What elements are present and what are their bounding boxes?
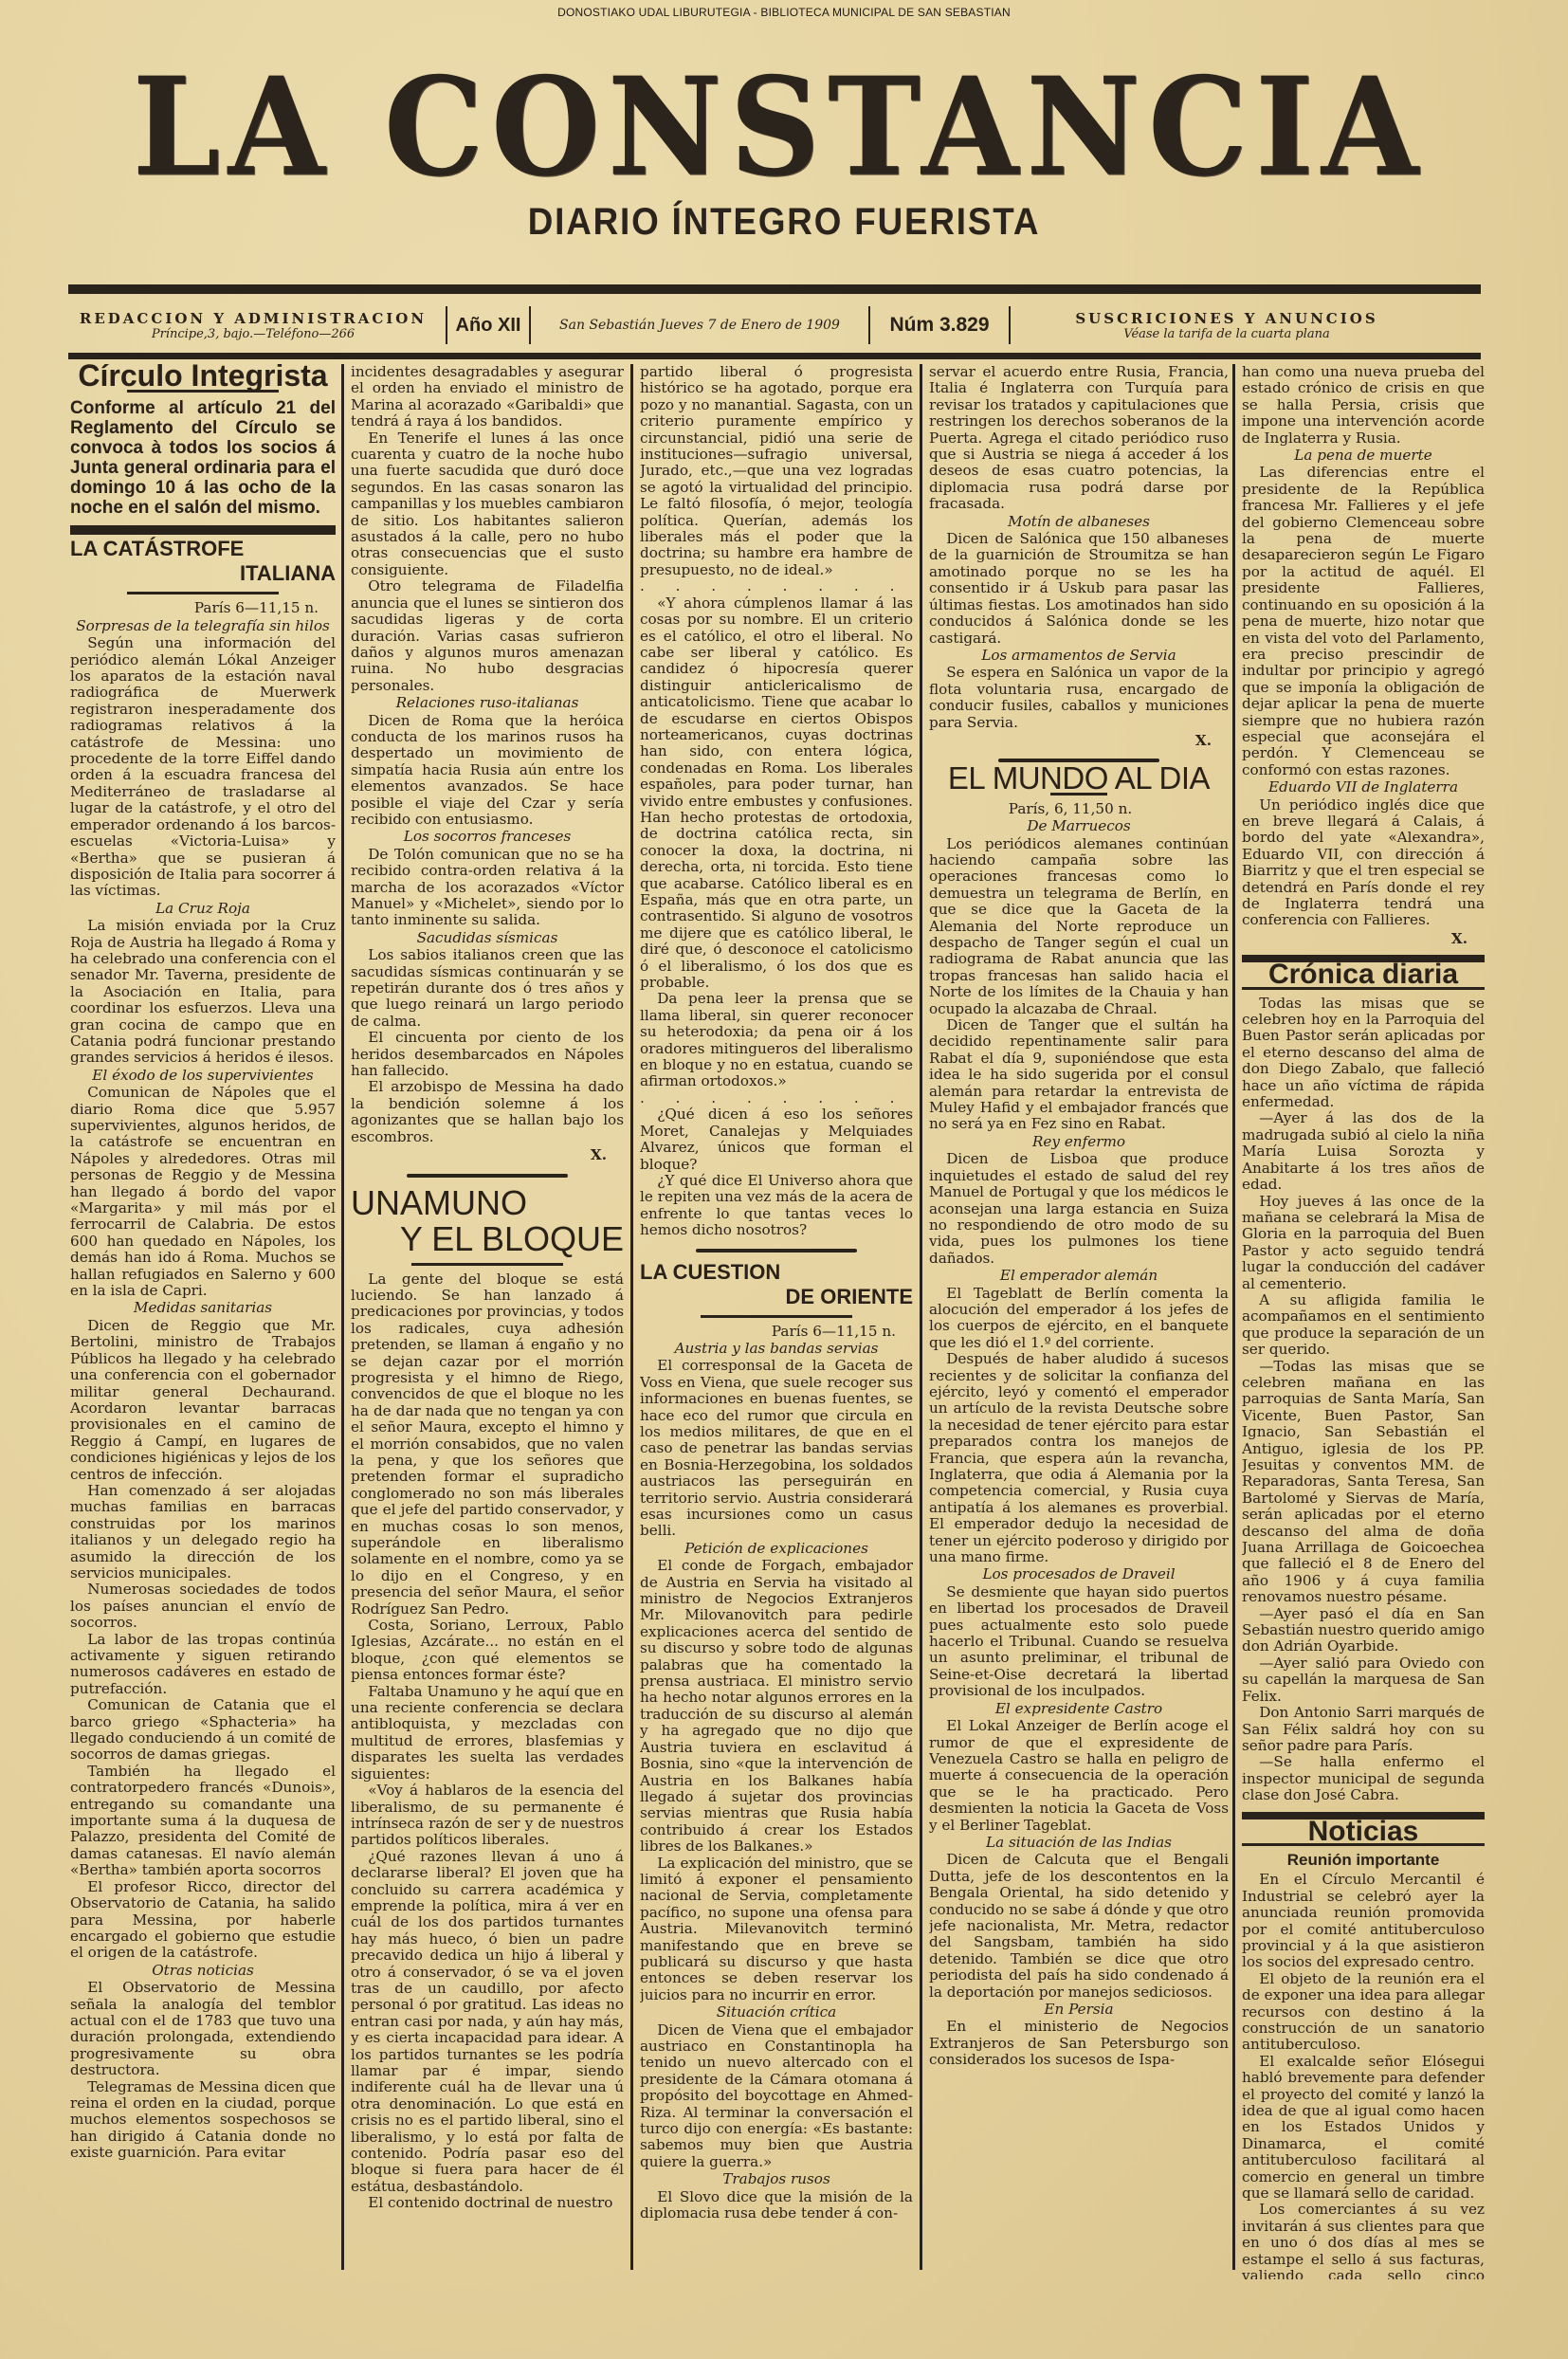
- paragraph: Han comenzado á ser alojadas muchas fami…: [70, 1483, 336, 1582]
- subheading: Petición de explicaciones: [640, 1541, 913, 1557]
- paragraph: Otro telegrama de Filadelfia anuncia que…: [351, 578, 624, 694]
- dateline: París, 6, 11,50 n.: [929, 801, 1229, 817]
- paragraph: «Voy á hablaros de la esencia del libera…: [351, 1783, 624, 1849]
- paragraph: —Se halla enfermo el inspector municipal…: [1242, 1754, 1485, 1803]
- paragraph: El Tageblatt de Berlín comenta la alocuc…: [929, 1286, 1229, 1352]
- paragraph: Dicen de Viena que el embajador austriac…: [640, 2022, 913, 2171]
- paragraph: El cincuenta por ciento de los heridos d…: [351, 1030, 624, 1079]
- info-bar: REDACCION Y ADMINISTRACION Príncipe,3, b…: [68, 302, 1481, 349]
- page-columns: Círculo Integrista Conforme al artículo …: [64, 364, 1486, 2279]
- circulo-headline: Círculo Integrista: [70, 368, 336, 384]
- subheading: De Marruecos: [929, 818, 1229, 834]
- headline-line: Y EL BLOQUE: [351, 1221, 624, 1257]
- paragraph: Faltaba Unamuno y he aquí que en una rec…: [351, 1684, 624, 1783]
- headline-line: ITALIANA: [70, 561, 336, 586]
- paragraph: Numerosas sociedades de todos los países…: [70, 1582, 336, 1631]
- paragraph: El Observatorio de Messina señala la ana…: [70, 1980, 336, 2078]
- masthead-rule-bottom: [68, 353, 1481, 359]
- paragraph: ¿Qué razones llevan á uno á declararse l…: [351, 1849, 624, 2196]
- newspaper-title: LA CONSTANCIA: [68, 62, 1490, 194]
- paragraph: Comunican de Catania que el barco griego…: [70, 1697, 336, 1764]
- cuestion-headline: LA CUESTION DE ORIENTE: [640, 1260, 913, 1309]
- circulo-notice: Conforme al artículo 21 del Reglamento d…: [70, 398, 336, 518]
- year-block: Año XII: [455, 315, 521, 337]
- paragraph: Dicen de Salónica que 150 albaneses de l…: [929, 531, 1229, 647]
- column-3: partido liberal ó progresista histórico …: [640, 364, 913, 2279]
- paragraph: Dicen de Tanger que el sultán ha decidid…: [929, 1017, 1229, 1133]
- paragraph: Dicen de Calcuta que el Bengali Dutta, j…: [929, 1852, 1229, 2001]
- headline-line: LA CUESTION: [640, 1260, 913, 1285]
- date-block: San Sebastián Jueves 7 de Enero de 1909: [538, 318, 861, 333]
- column-rule: [920, 364, 922, 2270]
- subscriptions-block: SUSCRICIONES Y ANUNCIOS Véase la tarifa …: [1018, 310, 1435, 341]
- paragraph: Todas las misas que se celebren hoy en l…: [1242, 996, 1485, 1111]
- subheading: La Cruz Roja: [70, 901, 336, 917]
- divider: [411, 1263, 563, 1266]
- separator: [868, 306, 870, 344]
- subheading: Sorpresas de la telegrafía sin hilos: [70, 618, 336, 634]
- issue-date: San Sebastián Jueves 7 de Enero de 1909: [559, 318, 840, 333]
- paragraph: Comunican de Nápoles que el diario Roma …: [70, 1085, 336, 1299]
- subheading: Los socorros franceses: [351, 829, 624, 845]
- noticias-headline: Noticias: [1242, 1823, 1485, 1839]
- paragraph: —Todas las misas que se celebren mañana …: [1242, 1359, 1485, 1606]
- subheading: En Persia: [929, 2002, 1229, 2018]
- paragraph: —Ayer salió para Oviedo con su capellán …: [1242, 1655, 1485, 1705]
- paragraph: —Ayer á las dos de la madrugada subió al…: [1242, 1110, 1485, 1193]
- paragraph: Da pena leer la prensa que se llama libe…: [640, 991, 913, 1089]
- divider: [407, 1174, 568, 1178]
- reunion-headline: Reunión importante: [1242, 1852, 1485, 1868]
- subheading: Trabajos rusos: [640, 2171, 913, 2187]
- masthead: LA CONSTANCIA: [68, 66, 1490, 190]
- column-rule: [1232, 364, 1235, 2270]
- divider: [696, 1249, 857, 1253]
- paragraph: Dicen de Reggio que Mr. Bertolini, minis…: [70, 1318, 336, 1483]
- column-2: incidentes desagradables y asegurar el o…: [351, 364, 624, 2279]
- catastrofe-headline: LA CATÁSTROFE ITALIANA: [70, 537, 336, 586]
- paragraph: El objeto de la reunión era el de expone…: [1242, 1971, 1485, 2054]
- column-5: han como una nueva prueba del estado cró…: [1242, 364, 1485, 2279]
- separator: [529, 306, 531, 344]
- headline-line: DE ORIENTE: [640, 1285, 913, 1309]
- paragraph: Dicen de Roma que la heróica conducta de…: [351, 713, 624, 829]
- paragraph: Un periódico inglés dice que en breve ll…: [1242, 797, 1485, 929]
- paragraph: El Lokal Anzeiger de Berlín acoge el rum…: [929, 1718, 1229, 1834]
- subheading: Otras noticias: [70, 1963, 336, 1979]
- paragraph: Se desmiente que hayan sido puertos en l…: [929, 1584, 1229, 1700]
- signature: X.: [929, 733, 1229, 749]
- headline-line: UNAMUNO: [351, 1185, 624, 1221]
- subheading: Eduardo VII de Inglaterra: [1242, 779, 1485, 795]
- subheading: Relaciones ruso-italianas: [351, 695, 624, 711]
- address: Príncipe,3, bajo.—Teléfono—266: [152, 327, 355, 341]
- paragraph: Según una información del periódico alem…: [70, 635, 336, 900]
- paragraph: Los comerciantes á su vez invitarán á su…: [1242, 2202, 1485, 2279]
- divider: [70, 525, 336, 535]
- paragraph: La labor de las tropas continúa activame…: [70, 1632, 336, 1698]
- divider: [127, 592, 279, 594]
- paragraph: Los periódicos alemanes continúan hacien…: [929, 836, 1229, 1017]
- subheading: Sacudidas sísmicas: [351, 930, 624, 946]
- ellipsis-break: . . . . . . . . . . . . . . .: [640, 578, 913, 594]
- paragraph: La explicación del ministro, que se limi…: [640, 1856, 913, 2004]
- subheading: La pena de muerte: [1242, 448, 1485, 464]
- dateline: París 6—11,15 n.: [640, 1324, 913, 1340]
- paragraph: Después de haber aludido á sucesos recie…: [929, 1351, 1229, 1565]
- subheading: Austria y las bandas servias: [640, 1341, 913, 1357]
- column-4: servar el acuerdo entre Rusia, Francia, …: [929, 364, 1229, 2279]
- cronica-headline: Crónica diaria: [1242, 966, 1485, 982]
- subheading: La situación de las Indias: [929, 1835, 1229, 1851]
- paragraph: Hoy jueves á las once de la mañana se ce…: [1242, 1194, 1485, 1292]
- paragraph: «Y ahora cúmplenos llamar á las cosas po…: [640, 595, 913, 992]
- paragraph: El Slovo dice que la misión de la diplom…: [640, 2189, 913, 2222]
- paragraph: Dicen de Lisboa que produce inquietudes …: [929, 1151, 1229, 1267]
- column-1: Círculo Integrista Conforme al artículo …: [70, 364, 336, 2279]
- paragraph: servar el acuerdo entre Rusia, Francia, …: [929, 364, 1229, 513]
- library-banner: DONOSTIAKO UDAL LIBURUTEGIA - BIBLIOTECA…: [0, 6, 1568, 19]
- signature: X.: [1242, 931, 1485, 947]
- year: Año XII: [456, 315, 521, 337]
- editorial-office: REDACCION Y ADMINISTRACION Príncipe,3, b…: [68, 310, 438, 341]
- paragraph: El corresponsal de la Gaceta de Voss en …: [640, 1358, 913, 1539]
- subheading: El éxodo de los supervivientes: [70, 1068, 336, 1084]
- subheading: El expresidente Castro: [929, 1701, 1229, 1717]
- unamuno-headline: UNAMUNO Y EL BLOQUE: [351, 1185, 624, 1257]
- separator: [446, 306, 447, 344]
- column-rule: [630, 364, 633, 2270]
- rates-note: Véase la tarifa de la cuarta plana: [1123, 327, 1329, 341]
- paragraph: El contenido doctrinal de nuestro: [351, 2195, 624, 2211]
- subheading: Situación crítica: [640, 2004, 913, 2021]
- paragraph: La gente del bloque se está luciendo. Se…: [351, 1271, 624, 1618]
- paragraph: Se espera en Salónica un vapor de la flo…: [929, 665, 1229, 731]
- ellipsis-break: . . . . . . . . . . . . . . .: [640, 1090, 913, 1106]
- subheading: El emperador alemán: [929, 1268, 1229, 1284]
- newspaper-subtitle: DIARIO ÍNTEGRO FUERISTA: [63, 201, 1505, 244]
- paragraph: ¿Qué dicen á eso los señores Moret, Cana…: [640, 1106, 913, 1173]
- paragraph: La misión enviada por la Cruz Roja de Au…: [70, 918, 336, 1067]
- paragraph: —Ayer pasó el día en San Sebastián nuest…: [1242, 1606, 1485, 1655]
- mundo-headline: EL MUNDO AL DIA: [929, 770, 1229, 786]
- editorial-label: REDACCION Y ADMINISTRACION: [80, 310, 427, 327]
- paragraph: El profesor Ricco, director del Observat…: [70, 1879, 336, 1962]
- subheading: Los armamentos de Servia: [929, 648, 1229, 664]
- paragraph: El conde de Forgach, embajador de Austri…: [640, 1558, 913, 1855]
- paragraph: El exalcalde señor Elósegui habló brevem…: [1242, 2054, 1485, 2203]
- paragraph: A su afligida familia le acompañamos en …: [1242, 1292, 1485, 1359]
- signature: X.: [351, 1147, 624, 1163]
- paragraph: Don Antonio Sarri marqués de San Félix s…: [1242, 1705, 1485, 1754]
- paragraph: El arzobispo de Messina ha dado la bendi…: [351, 1079, 624, 1145]
- paragraph: incidentes desagradables y asegurar el o…: [351, 364, 624, 430]
- dateline: París 6—11,15 n.: [70, 600, 336, 616]
- paragraph: han como una nueva prueba del estado cró…: [1242, 364, 1485, 447]
- paragraph: Las diferencias entre el presidente de l…: [1242, 465, 1485, 778]
- subheading: Rey enfermo: [929, 1134, 1229, 1150]
- paragraph: De Tolón comunican que no se ha recibido…: [351, 847, 624, 929]
- paragraph: Los sabios italianos creen que las sacud…: [351, 947, 624, 1030]
- subscriptions-label: SUSCRICIONES Y ANUNCIOS: [1075, 310, 1377, 327]
- divider: [701, 1315, 852, 1318]
- issue-number: Núm 3.829: [889, 314, 989, 337]
- paragraph: ¿Y qué dice El Universo ahora que le rep…: [640, 1173, 913, 1239]
- paragraph: También ha llegado el contratorpedero fr…: [70, 1764, 336, 1879]
- paragraph: partido liberal ó progresista histórico …: [640, 364, 913, 578]
- separator: [1009, 306, 1011, 344]
- paragraph: Telegramas de Messina dicen que reina el…: [70, 2079, 336, 2162]
- number-block: Núm 3.829: [878, 314, 1001, 337]
- paragraph: En el Círculo Mercantil é Industrial se …: [1242, 1872, 1485, 1970]
- paragraph: Costa, Soriano, Lerroux, Pablo Iglesias,…: [351, 1618, 624, 1684]
- subheading: Los procesados de Draveil: [929, 1566, 1229, 1582]
- subheading: Motín de albaneses: [929, 514, 1229, 530]
- masthead-rule-top: [68, 284, 1481, 294]
- column-rule: [341, 364, 344, 2270]
- headline-line: LA CATÁSTROFE: [70, 537, 336, 561]
- paragraph: En Tenerife el lunes á las once cuarenta…: [351, 430, 624, 579]
- subheading: Medidas sanitarias: [70, 1300, 336, 1316]
- paragraph: En el ministerio de Negocios Extranjeros…: [929, 2019, 1229, 2068]
